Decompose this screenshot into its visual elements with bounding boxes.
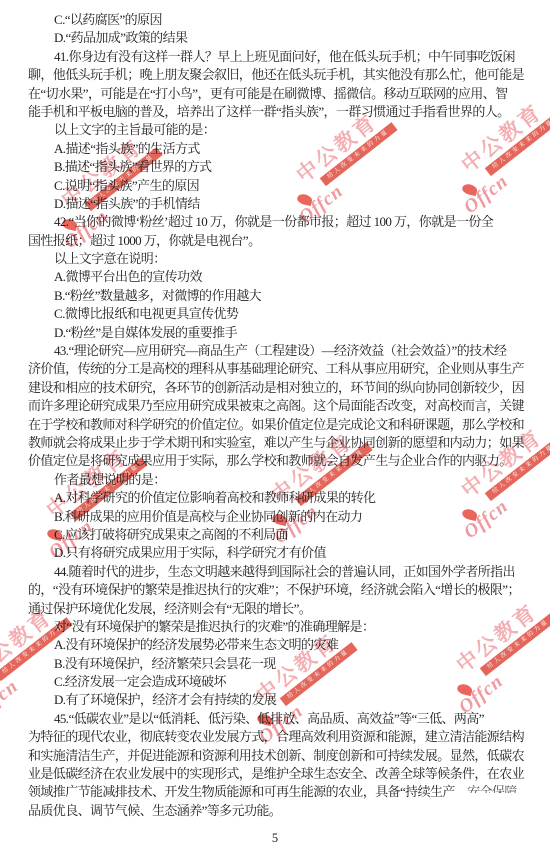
text-line: 对“没有环境保护的繁荣是推迟执行的灾难”的准确理解是： — [28, 618, 525, 636]
text-line: C.说明“指头族”产生的原因 — [28, 177, 525, 195]
document-body: C.“以药腐医”的原因D.“药品加成”政策的结果41.你身边有没有这样一群人？早… — [28, 11, 525, 820]
text-line: 和实施清洁生产，并促进能源和资源利用技术创新、制度创新和可持续发展。显然，低碳农 — [28, 747, 525, 765]
text-line: D.“药品加成”政策的结果 — [28, 29, 525, 47]
text-line: 42.“当你的微博‘粉丝’超过 10 万，你就是一份都市报；超过 100 万，你… — [28, 213, 525, 231]
text-line: A.没有环境保护的经济发展势必带来生态文明的灾难 — [28, 636, 525, 654]
text-line: 品质优良、调节气候、生态涵养”等多元功能。 — [28, 802, 525, 820]
text-line: D.“粉丝”是自媒体发展的重要推手 — [28, 324, 525, 342]
text-line: A.微博平台出色的宣传功效 — [28, 268, 525, 286]
text-line: 价值定位是将研究成果应用于实际，那么学校和教师就会自发产生与企业合作的内驱力。 — [28, 452, 525, 470]
offcn-script-logo: Offcn — [0, 676, 22, 723]
text-line: A.对科学研究的价值定位影响着高校和教师科研成果的转化 — [28, 489, 525, 507]
text-line: 国性报纸；超过 1000 万，你就是电视台”。 — [28, 232, 525, 250]
text-line: 为特征的现代农业，彻底转变农业发展方式，合理高效利用资源和能源，建立清洁能源结构 — [28, 728, 525, 746]
text-line: A.描述“指头族”的生活方式 — [28, 140, 525, 158]
text-line: 41.你身边有没有这样一群人？早上上班见面问好，他在低头玩手机；中午同事吃饭闲 — [28, 48, 525, 66]
text-line: C.经济发展一定会造成环境破坏 — [28, 673, 525, 691]
offcn-script-text: Offcn — [0, 676, 22, 723]
page-number: 5 — [0, 831, 550, 846]
text-line: C.“以药腐医”的原因 — [28, 11, 525, 29]
text-line: 业是低碳经济在农业发展中的实现形式，是维护全球生态安全、改善全球等候条件，在农业 — [28, 765, 525, 783]
text-line: C.微博比报纸和电视更具宣传优势 — [28, 305, 525, 323]
text-line: B.没有环境保护，经济繁荣只会昙花一现 — [28, 655, 525, 673]
text-line: 济价值，传统的分工是高校的理科从事基础理论研究、工科从事应用研究，企业则从事生产 — [28, 360, 525, 378]
text-line: 45.“低碳农业”是以“低消耗、低污染、低排放、高品质、高效益”等“三低、两高” — [28, 710, 525, 728]
exam-paper-page: 中公教育给人改变未来的力量Offcn中公教育给人改变未来的力量Offcn中公教育… — [0, 0, 550, 859]
text-line: C.应该打破将研究成果束之高阁的不利局面 — [28, 526, 525, 544]
text-line: B.描述“指头族”看世界的方式 — [28, 158, 525, 176]
text-line: 而许多理论研究成果乃至应用研究成果被束之高阁。这个局面能否改变，对高校而言，关键 — [28, 397, 525, 415]
text-line: 的，“没有环境保护的繁荣是推迟执行的灾难”；不保护环境，经济就会陷入“增长的极限… — [28, 581, 525, 599]
text-line: B.“粉丝”数量越多，对微博的作用越大 — [28, 287, 525, 305]
text-line: 以上文字意在说明： — [28, 250, 525, 268]
text-line: 43.“理论研究—应用研究—商品生产（工程建设）—经济效益（社会效益）”的技术经 — [28, 342, 525, 360]
text-line: 聊，他低头玩手机；晚上朋友聚会叙旧，他还在低头玩手机，其实他没有那么忙，他可能是 — [28, 66, 525, 84]
text-line: 在“切水果”，可能是在“打小鸟”，更有可能是在刷微博、摇微信。移动互联网的应用、… — [28, 85, 525, 103]
text-line: 能手机和平板电脑的普及，培养出了这样一群“指头族”，一群习惯通过手指看世界的人。 — [28, 103, 525, 121]
text-line: 作者最想说明的是： — [28, 471, 525, 489]
text-line: 通过保护环境优化发展，经济则会有“无限的增长”。 — [28, 600, 525, 618]
partially-printed-text: 、安全保障、 — [455, 785, 529, 793]
text-line: 以上文字的主旨最可能的是： — [28, 121, 525, 139]
text-line: 教师就会将成果止步于学术期刊和实验室，难以产生与企业协同创新的愿望和内动力；如果 — [28, 434, 525, 452]
text-line: B.科研成果的应用价值是高校与企业协同创新的内在动力 — [28, 508, 525, 526]
text-line: D.描述“指头族”的手机情结 — [28, 195, 525, 213]
text-line: 在于学校和教师对科学研究的价值定位。如果价值定位是完成论文和科研课题，那么学校和 — [28, 416, 525, 434]
text-line: D.只有将研究成果应用于实际，科学研究才有价值 — [28, 544, 525, 562]
text-line: 建设和相应的技术研究，各环节的创新活动是相对独立的，环节间的纵向协同创新较少，因 — [28, 379, 525, 397]
text-line: 44.随着时代的进步，生态文明越来越得到国际社会的普遍认同，正如国外学者所指出 — [28, 563, 525, 581]
text-line: 领域推广节能减排技术、开发生物质能源和可再生能源的农业，具备“持续生产、安全保障… — [28, 783, 525, 801]
text-line: D.有了环境保护，经济才会有持续的发展 — [28, 691, 525, 709]
